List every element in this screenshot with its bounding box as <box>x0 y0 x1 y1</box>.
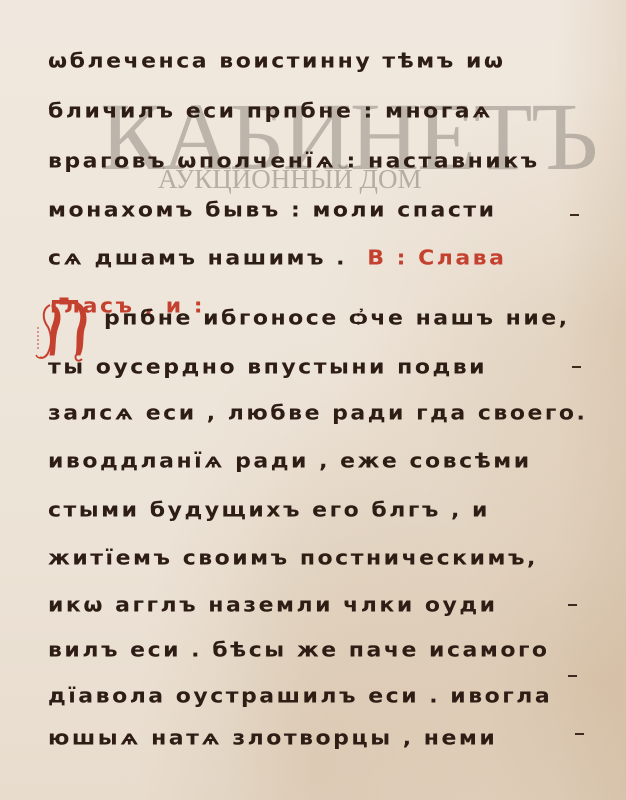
line-hyphen-mark <box>568 604 577 606</box>
line-hyphen-mark <box>568 675 577 677</box>
text-line-13: икѡ агглъ наземли члки оуди <box>48 594 498 617</box>
text-line-15: дїавола оустрашилъ еси . ивогла <box>48 685 552 708</box>
text-line-1: ѡблеченса воистинну тѣмъ иѡ <box>48 50 506 73</box>
manuscript-page: КАБИНЕТЪ АУКЦИОННЫЙ ДОМ ѡблеченса воисти… <box>0 0 626 800</box>
line-hyphen-mark <box>575 733 584 735</box>
text-line-16: юшыѧ натѧ злотворцы , неми <box>48 727 497 750</box>
text-line-5: сѧ дшамъ нашимъ . В : Слава <box>48 247 506 270</box>
page-edge-stain <box>556 0 626 800</box>
text-line-10: иводдланїѧ ради , еже совсѣми <box>48 450 532 473</box>
text-line-9: залсѧ еси , любве ради гда своего. <box>48 402 587 425</box>
text-line-8: ты оусердно впустыни подви <box>48 356 487 379</box>
text-line-3: враговъ ѡполченїѧ : наставникъ <box>48 150 540 173</box>
text-line-5-main: сѧ дшамъ нашимъ . <box>48 247 347 270</box>
line-hyphen-mark <box>572 366 581 368</box>
rubric-slava: В : Слава <box>367 247 506 270</box>
text-line-11: стыми будущихъ его блгъ , и <box>48 499 490 522</box>
text-line-7: рпбне ибгоносе ѻ҆че нашъ ние, <box>104 307 570 330</box>
text-line-4: монахомъ бывъ : моли спасти <box>48 199 497 222</box>
text-line-12: житїемъ своимъ постническимъ, <box>48 547 538 570</box>
text-line-14: вилъ еси . бѣсы же паче исамого <box>48 639 550 662</box>
illuminated-initial-pe-icon <box>32 297 100 365</box>
line-hyphen-mark <box>570 214 579 216</box>
text-line-2: бличилъ еси прпбне : многаѧ <box>48 100 493 123</box>
